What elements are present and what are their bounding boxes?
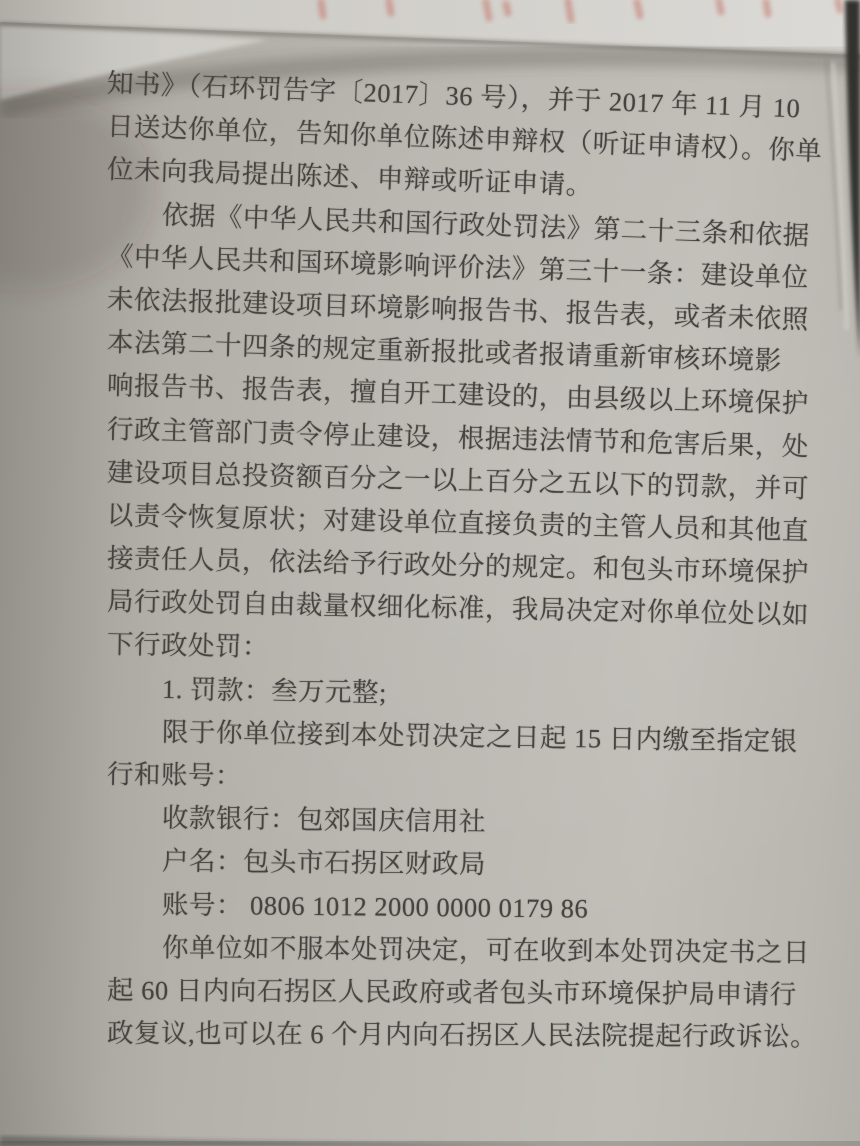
dark-background-corner <box>845 0 860 358</box>
text-line: 起 60 日内向石拐区人民政府或者包头市环境保护局申请行 <box>107 969 807 1017</box>
photo-of-document: 知书》（石环罚告字〔2017〕36 号），并于 2017 年 11 月 10日送… <box>0 0 860 1146</box>
stacked-pages-edge <box>826 58 841 310</box>
document-body: 知书》（石环罚告字〔2017〕36 号），并于 2017 年 11 月 10日送… <box>107 62 807 1055</box>
bottom-edge-line <box>0 1141 860 1146</box>
text-line: 你单位如不服本处罚决定，可在收到本处罚决定书之日 <box>107 926 807 975</box>
text-line: 政复议,也可以在 6 个月内向石拐区人民法院提起行政诉讼。 <box>107 1012 807 1059</box>
text-line: 户名：包头市石拐区财政局 <box>107 839 807 890</box>
text-line: 账号： 0806 1012 2000 0000 0179 86 <box>107 883 807 933</box>
